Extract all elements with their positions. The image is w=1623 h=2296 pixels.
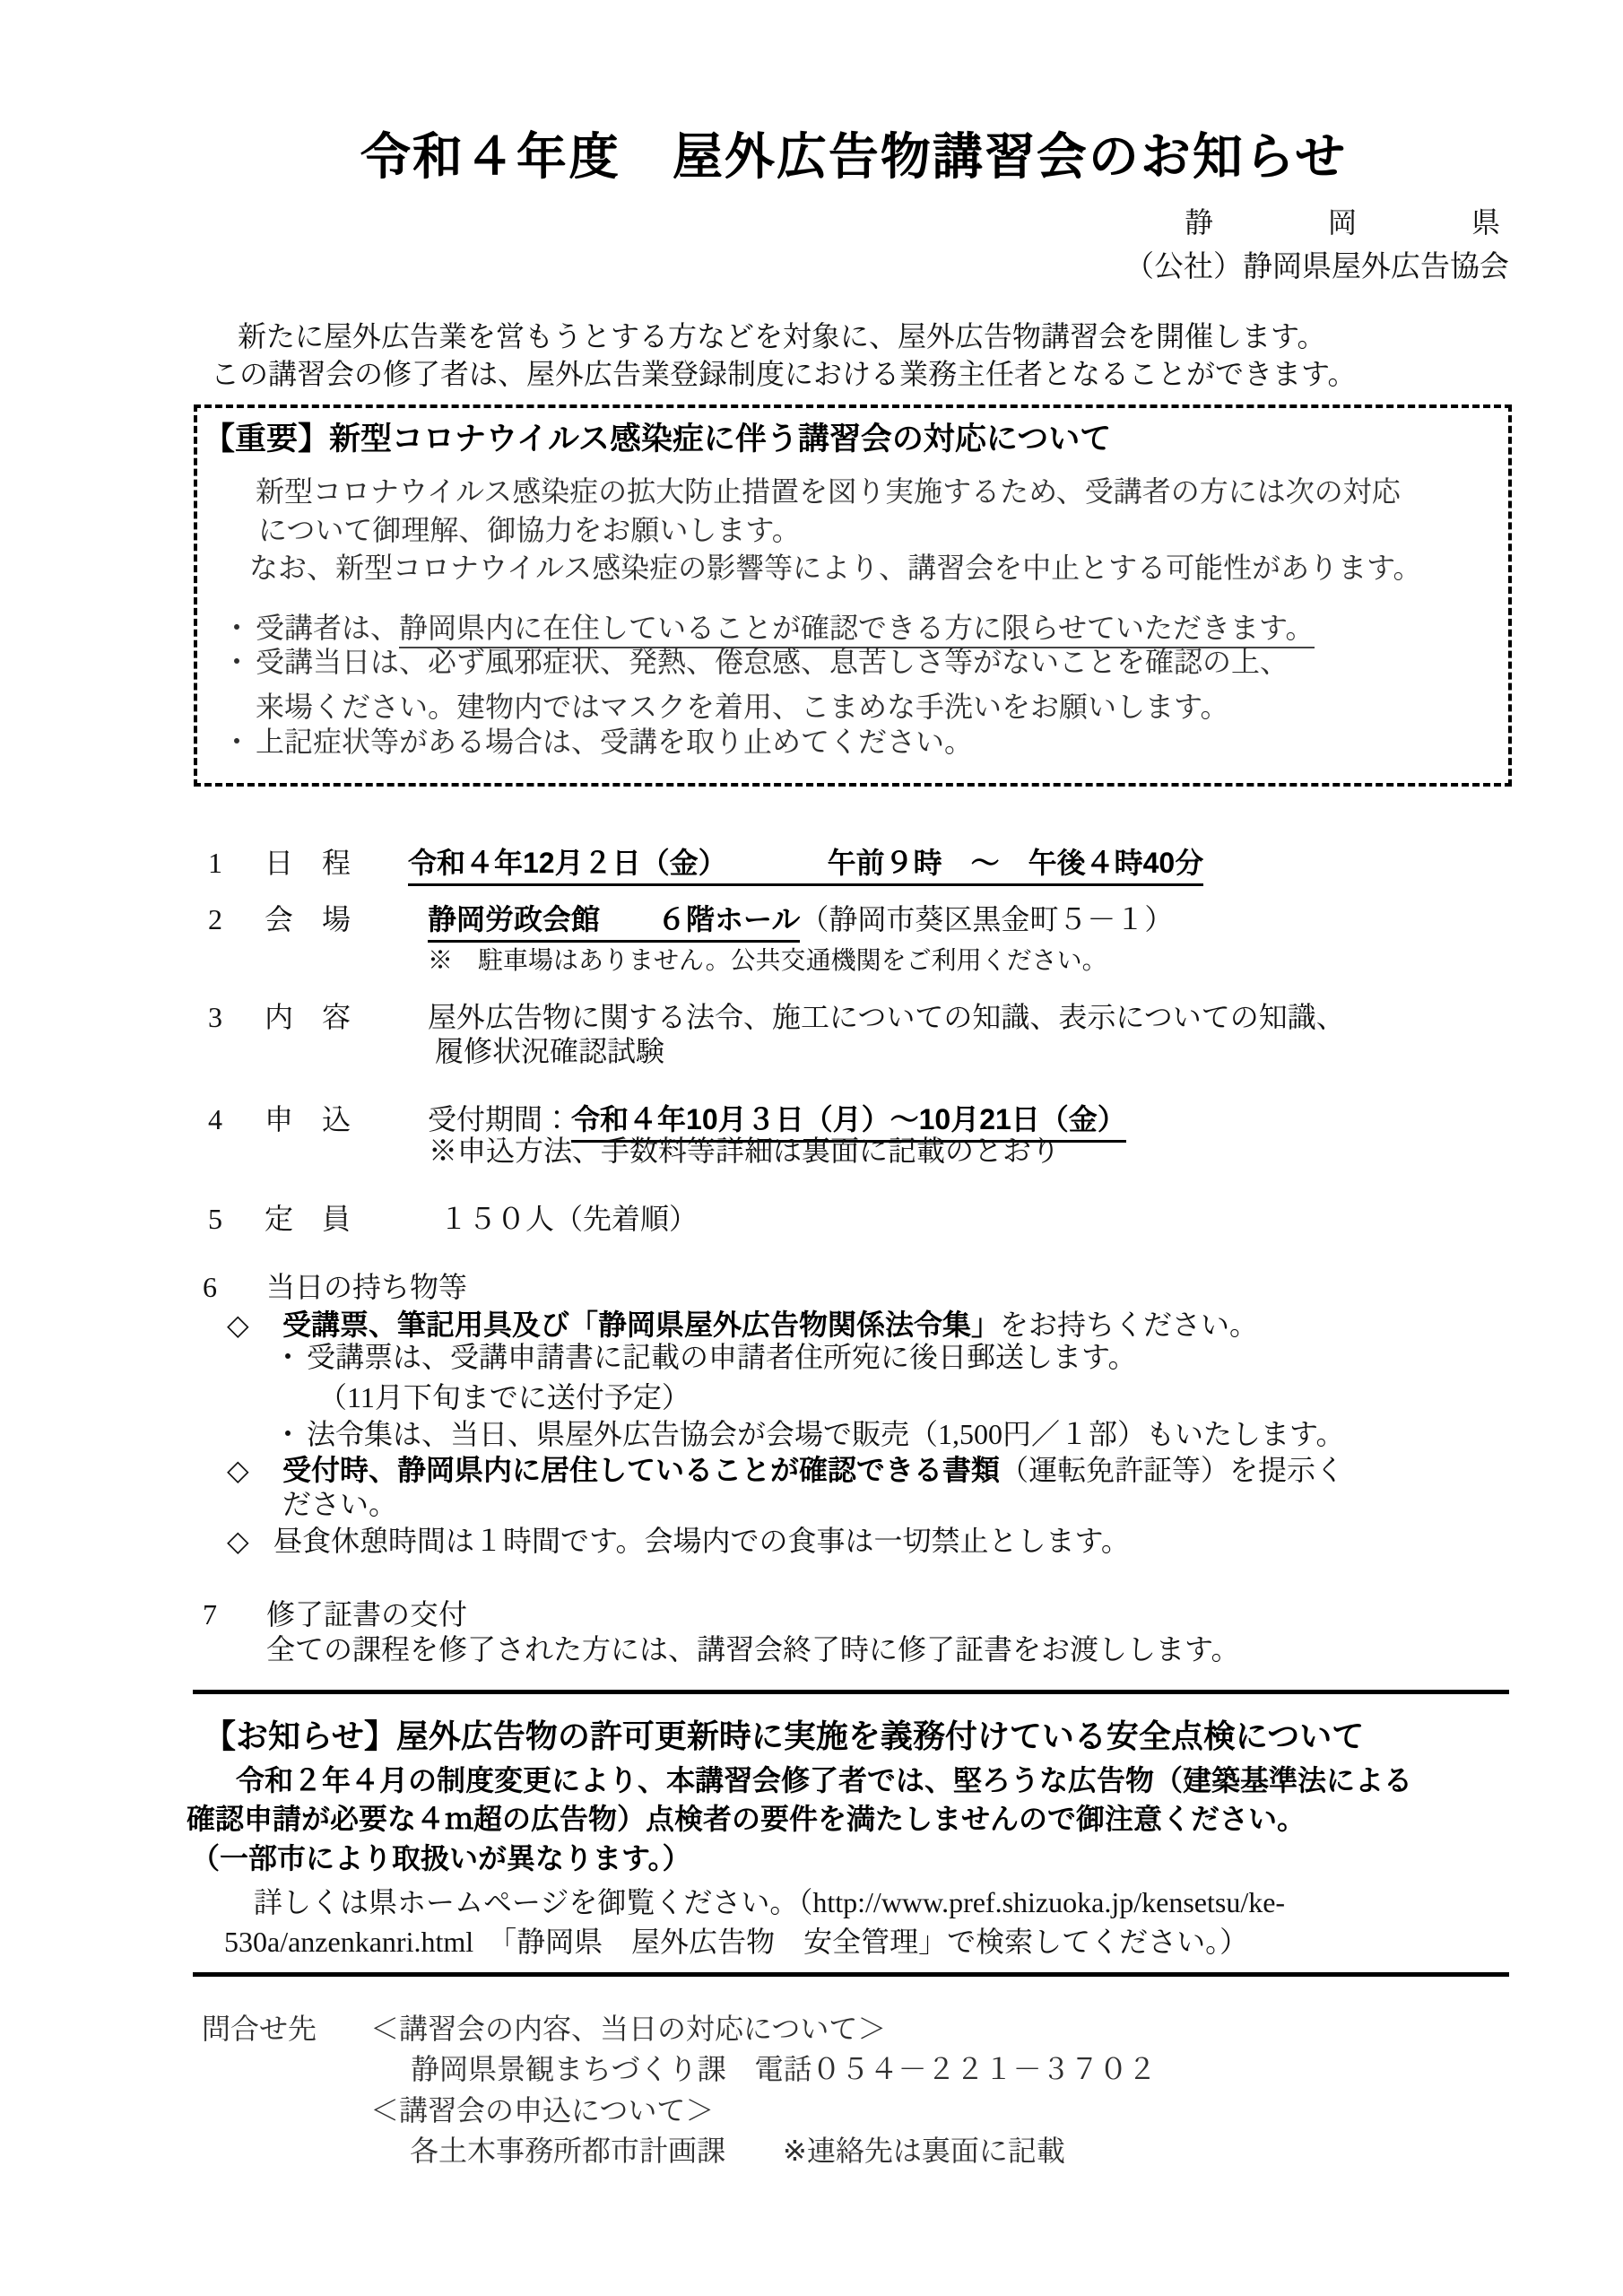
item7-body: 全ての課程を修了された方には、講習会終了時に修了証書をお渡しします。	[266, 1631, 1239, 1667]
item5-value: １５０人（先着順）	[439, 1201, 698, 1237]
important-box-heading: 【重要】新型コロナウイルス感染症に伴う講習会の対応について	[204, 422, 1111, 457]
notice-para-note: （一部市により取扱いが異なります。）	[191, 1840, 690, 1876]
intro-line-2: この講習会の修了者は、屋外広告業登録制度における業務主任者となることができます。	[211, 356, 1356, 392]
item3-line-2: 履修状況確認試験	[435, 1033, 664, 1069]
item7-label: 修了証書の交付	[266, 1596, 467, 1632]
divider-line-1	[193, 1690, 1509, 1694]
important-notice-box: 【重要】新型コロナウイルス感染症に伴う講習会の対応について 新型コロナウイルス感…	[194, 404, 1512, 787]
diamond-bullet-icon: ◇	[227, 1523, 249, 1559]
item6-sub-1-note: （11月下旬までに送付予定）	[318, 1379, 690, 1415]
item2-number: 2	[208, 901, 222, 937]
divider-line-2	[193, 1972, 1509, 1977]
item5-label: 定 員	[265, 1201, 351, 1237]
covid-bullet-2-line-2: 来場ください。建物内ではマスクを着用、こまめな手洗いをお願いします。	[256, 689, 1228, 725]
contact-line-3: ＜講習会の申込について＞	[370, 2092, 714, 2128]
item2-label: 会 場	[265, 901, 351, 937]
notice-para-line-1: 令和２年４月の制度変更により、本講習会修了者では、堅ろうな広告物（建築基準法によ…	[236, 1762, 1412, 1798]
item1-label: 日 程	[265, 845, 351, 881]
item4-label: 申 込	[265, 1101, 351, 1137]
item6-point-3: 昼食休憩時間は１時間です。会場内での食事は一切禁止とします。	[273, 1523, 1130, 1559]
item2-note: ※ 駐車場はありません。公共交通機関をご利用ください。	[428, 945, 1107, 978]
item6-label: 当日の持ち物等	[266, 1269, 467, 1305]
covid-bullet-1: 受講者は、静岡県内に在住していることが確認できる方に限らせていただきます。	[256, 610, 1315, 646]
important-box-body-line-3: なお、新型コロナウイルス感染症の影響等により、講習会を中止とする可能性があります…	[249, 550, 1422, 586]
notice-detail-line-1: 詳しくは県ホームページを御覧ください。（http://www.pref.shiz…	[254, 1884, 1285, 1920]
bullet-dot-icon: ・	[222, 610, 251, 646]
item2-value: 静岡労政会館 ６階ホール（静岡市葵区黒金町５－１）	[428, 901, 1173, 937]
item5-number: 5	[208, 1201, 222, 1237]
item7-number: 7	[203, 1596, 217, 1632]
covid-bullet-3: 上記症状等がある場合は、受講を取り止めてください。	[256, 724, 973, 760]
important-box-body-line-2: について御理解、御協力をお願いします。	[258, 512, 801, 548]
item3-number: 3	[208, 999, 222, 1035]
item2-venue: 静岡労政会館 ６階ホール	[428, 903, 800, 943]
bullet-dot-icon: ・	[222, 644, 251, 680]
item6-point-2-line-2: ださい。	[282, 1486, 397, 1522]
association-name: （公社）静岡県屋外広告協会	[1124, 249, 1509, 285]
diamond-bullet-icon: ◇	[227, 1307, 249, 1343]
notice-detail-line-2: 530a/anzenkanri.html 「静岡県 屋外広告物 安全管理」で検索…	[224, 1924, 1248, 1960]
item4-note: ※申込方法、手数料等詳細は裏面に記載のとおり	[429, 1133, 1060, 1169]
item1-value: 令和４年12月２日（金） 午前９時 ～ 午後４時40分	[408, 845, 1203, 881]
item6-sub-2: 法令集は、当日、県屋外広告協会が会場で販売（1,500円／１部）もいたします。	[307, 1416, 1344, 1452]
bullet-dot-icon: ・	[273, 1416, 302, 1452]
item6-point-2-line-1: 受付時、静岡県内に居住していることが確認できる書類（運転免許証等）を提示く	[282, 1452, 1344, 1488]
item6-sub-1: 受講票は、受講申請書に記載の申請者住所宛に後日郵送します。	[307, 1339, 1136, 1375]
document-page: 令和４年度 屋外広告物講習会のお知らせ 静 岡 県 （公社）静岡県屋外広告協会 …	[0, 0, 1623, 2296]
item2-address: （静岡市葵区黒金町５－１）	[800, 903, 1173, 935]
notice-heading: 【お知らせ】屋外広告物の許可更新時に実施を義務付けている安全点検について	[204, 1718, 1364, 1755]
page-title: 令和４年度 屋外広告物講習会のお知らせ	[87, 122, 1620, 192]
item4-number: 4	[208, 1101, 222, 1137]
item1-number: 1	[208, 845, 222, 881]
item4-value: 受付期間：令和４年10月３日（月）～10月21日（金）	[428, 1101, 1126, 1137]
notice-para-line-2: 確認申請が必要な４ｍ超の広告物）点検者の要件を満たしませんので御注意ください。	[187, 1801, 1306, 1837]
item3-label: 内 容	[265, 999, 351, 1035]
item6-point-1: 受講票、筆記用具及び「静岡県屋外広告物関係法令集」をお持ちください。	[282, 1307, 1258, 1343]
diamond-bullet-icon: ◇	[227, 1452, 249, 1488]
item3-line-1: 屋外広告物に関する法令、施工についての知識、表示についての知識、	[428, 999, 1345, 1035]
contact-line-2: 静岡県景観まちづくり課 電話０５４－２２１－３７０２	[411, 2051, 1157, 2087]
covid-bullet-1-underline: 静岡県内に在住していることが確認できる方に限らせていただきます。	[399, 612, 1314, 648]
contact-line-4: 各土木事務所都市計画課 ※連絡先は裏面に記載	[410, 2133, 1065, 2169]
contact-line-1: ＜講習会の内容、当日の対応について＞	[370, 2011, 886, 2047]
bullet-dot-icon: ・	[273, 1339, 302, 1375]
item4-prefix: 受付期間：	[428, 1103, 571, 1135]
prefecture-name: 静 岡 県	[1185, 204, 1500, 240]
intro-line-1: 新たに屋外広告業を営もうとする方などを対象に、屋外広告物講習会を開催します。	[238, 318, 1325, 354]
contact-label: 問合せ先	[202, 2011, 317, 2047]
important-box-body-line-1: 新型コロナウイルス感染症の拡大防止措置を図り実施するため、受講者の方には次の対応	[256, 474, 1401, 509]
item6-number: 6	[203, 1269, 217, 1305]
covid-bullet-2-line-1: 受講当日は、必ず風邪症状、発熱、倦怠感、息苦しさ等がないことを確認の上、	[256, 644, 1289, 680]
bullet-dot-icon: ・	[222, 724, 251, 760]
